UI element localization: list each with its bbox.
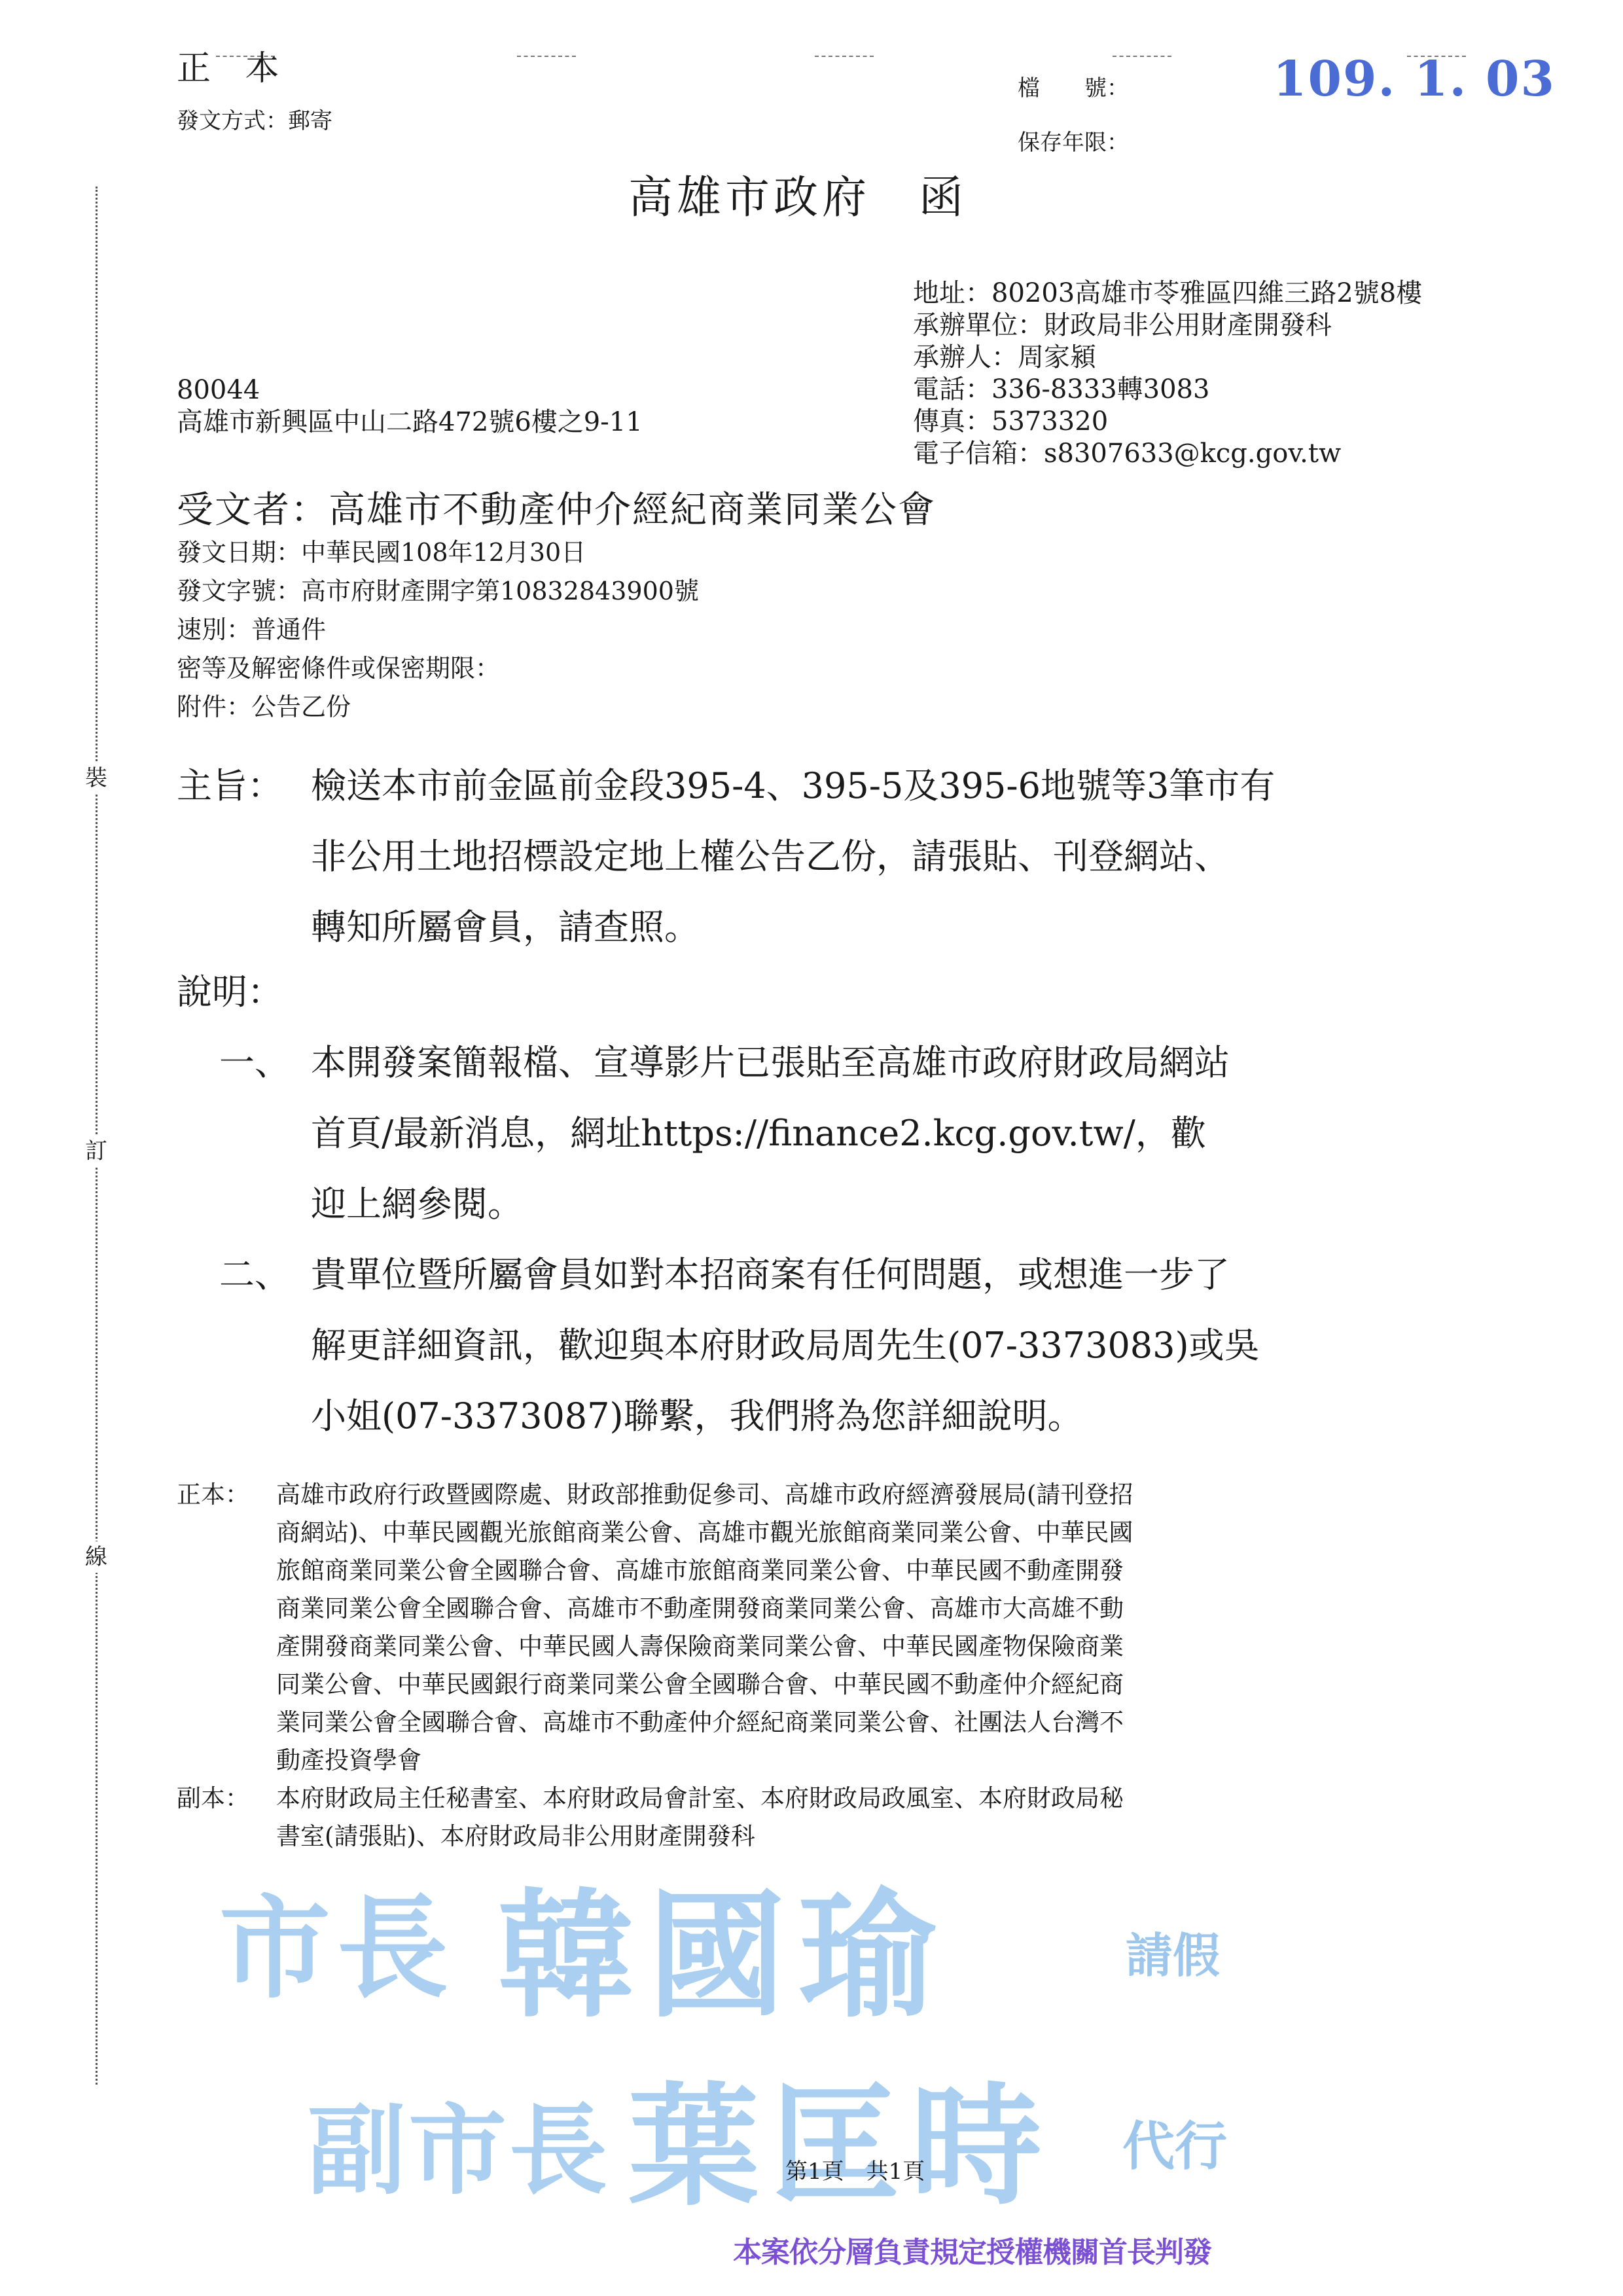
item-line: 貴單位暨所屬會員如對本招商案有任何問題，或想進一步了 [311,1240,1260,1310]
delivery-speed: 速別：普通件 [177,611,699,649]
recipient-line: 受文者：高雄市不動產仲介經紀商業同業公會 [177,481,936,533]
explanation-label: 說明： [177,957,1260,1028]
copy-type-label: 正 本 [177,41,291,90]
file-number-label: 檔 號： [1018,75,1129,101]
item-line: 本開發案簡報檔、宣導影片已張貼至高雄市政府財政局網站 [311,1028,1230,1098]
deputy-title-seal: 副市長 [308,2072,610,2213]
mayor-leave-note: 請假 [1126,1918,1220,1986]
item-marker: 二、 [219,1240,311,1452]
contact-email: 電子信箱：s8307633@kcg.gov.tw [913,438,1422,470]
explanation-item: 二、 貴單位暨所屬會員如對本招商案有任何問題，或想進一步了 解更詳細資訊，歡迎與… [219,1240,1260,1452]
distribution-section: 正本： 高雄市政府行政暨國際處、財政部推動促參司、高雄市政府經濟發展局(請刊登招… [177,1476,1133,1856]
copy-line: 本府財政局主任秘書室、本府財政局會計室、本府財政局政風室、本府財政局秘 [276,1780,1124,1818]
received-date-stamp: 109. 1. 03 [1273,51,1556,107]
subject-line: 非公用土地招標設定地上權公告乙份，請張貼、刊登網站、 [311,821,1275,892]
original-line: 高雄市政府行政暨國際處、財政部推動促參司、高雄市政府經濟發展局(請刊登招 [276,1476,1133,1514]
delivery-method: 發文方式：郵寄 [177,108,332,134]
authorization-stamp: 本案依分層負責規定授權機關首長判發 [733,2229,1211,2270]
subject-line: 檢送本市前金區前金段395-4、395-5及395-6地號等3筆市有 [311,751,1275,821]
copy-label: 副本： [177,1780,276,1856]
contact-phone: 電話：336-8333轉3083 [913,374,1422,406]
copy-recipients: 副本： 本府財政局主任秘書室、本府財政局會計室、本府財政局政風室、本府財政局秘 … [177,1780,1133,1856]
subject-section: 主旨： 檢送本市前金區前金段395-4、395-5及395-6地號等3筆市有 非… [177,751,1275,963]
contact-fax: 傳真：5373320 [913,406,1422,438]
recipient-address-block: 80044 高雄市新興區中山二路472號6樓之9-11 [177,374,643,439]
sender-contact-block: 地址：80203高雄市苓雅區四維三路2號8樓 承辦單位：財政局非公用財產開發科 … [913,278,1422,470]
subject-label: 主旨： [177,751,311,963]
sender-address: 地址：80203高雄市苓雅區四維三路2號8樓 [913,278,1422,310]
item-marker: 一、 [219,1028,311,1240]
original-line: 同業公會、中華民國銀行商業同業公會全國聯合會、中華民國不動產仲介經紀商 [276,1666,1133,1704]
item-line: 迎上網參閱。 [311,1169,1230,1240]
original-line: 旅館商業同業公會全國聯合會、高雄市旅館商業同業公會、中華民國不動產開發 [276,1552,1133,1590]
binding-char-ding: 訂 [85,1136,107,1167]
original-line: 產開發商業同業公會、中華民國人壽保險商業同業公會、中華民國產物保險商業 [276,1628,1133,1666]
recipient-postcode: 80044 [177,374,643,406]
binding-char-xian: 線 [85,1541,107,1573]
classification: 密等及解密條件或保密期限： [177,649,699,688]
attachment: 附件：公告乙份 [177,688,699,726]
recipient-street-address: 高雄市新興區中山二路472號6樓之9-11 [177,406,643,439]
binding-char-zhuang: 裝 [85,762,107,794]
subject-line: 轉知所屬會員，請查照。 [311,892,1275,963]
original-line: 業同業公會全國聯合會、高雄市不動產仲介經紀商業同業公會、社團法人台灣不 [276,1704,1133,1742]
mayor-title-seal: 市長 [219,1859,455,2019]
original-line: 商網站)、中華民國觀光旅館商業公會、高雄市觀光旅館商業同業公會、中華民國 [276,1514,1133,1552]
handling-officer: 承辦人：周家潁 [913,342,1422,374]
deputy-acting-note: 代行 [1122,2104,1227,2179]
original-line: 動產投資學會 [276,1742,1133,1780]
page-indicator: 第1頁 共1頁 [785,2153,925,2185]
original-recipients: 正本： 高雄市政府行政暨國際處、財政部推動促參司、高雄市政府經濟發展局(請刊登招… [177,1476,1133,1780]
explanation-section: 說明： 一、 本開發案簡報檔、宣導影片已張貼至高雄市政府財政局網站 首頁/最新消… [177,957,1260,1452]
document-meta: 發文日期：中華民國108年12月30日 發文字號：高市府財產開字第1083284… [177,533,699,726]
retention-period-label: 保存年限： [1018,130,1129,156]
item-line: 解更詳細資訊，歡迎與本府財政局周先生(07-3373083)或吳 [311,1310,1260,1381]
original-label: 正本： [177,1476,276,1780]
handling-unit: 承辦單位：財政局非公用財產開發科 [913,310,1422,342]
item-line: 首頁/最新消息，網址https://finance2.kcg.gov.tw/，歡 [311,1098,1230,1169]
explanation-item: 一、 本開發案簡報檔、宣導影片已張貼至高雄市政府財政局網站 首頁/最新消息，網址… [219,1028,1260,1240]
mayor-name-seal: 韓國瑜 [497,1846,949,2043]
document-title: 高雄市政府 函 [628,162,967,226]
original-line: 商業同業公會全國聯合會、高雄市不動產開發商業同業公會、高雄市大高雄不動 [276,1590,1133,1628]
issue-date: 發文日期：中華民國108年12月30日 [177,533,699,572]
document-number: 發文字號：高市府財產開字第10832843900號 [177,572,699,611]
item-line: 小姐(07-3373087)聯繫，我們將為您詳細說明。 [311,1381,1260,1452]
deputy-name-seal: 葉匡時 [628,2042,1052,2230]
